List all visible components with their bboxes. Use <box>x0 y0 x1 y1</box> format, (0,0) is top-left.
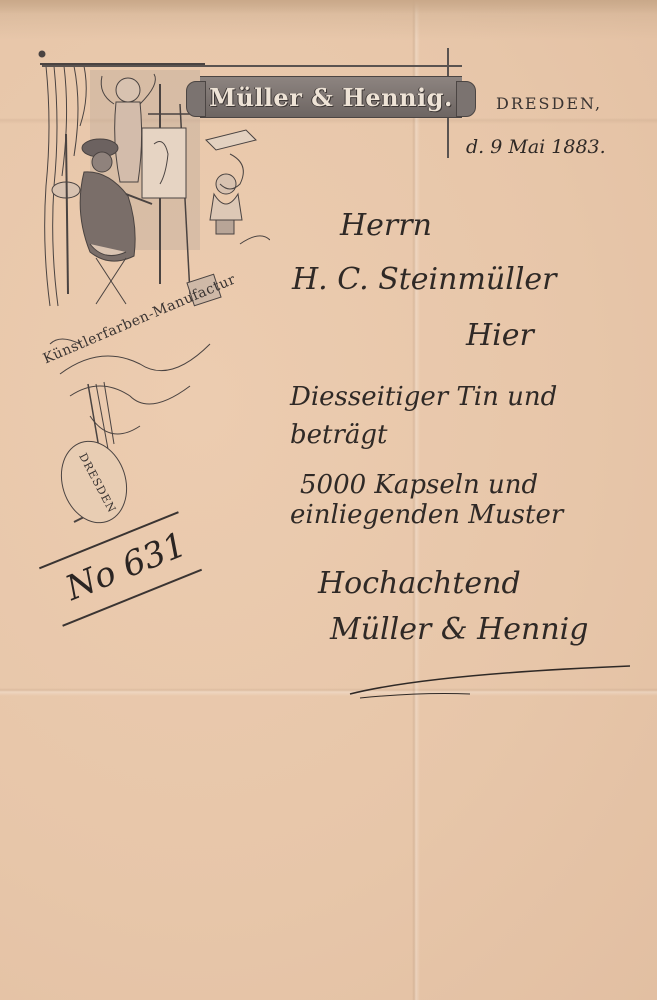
company-name: Müller & Hennig. <box>209 83 453 112</box>
recipient-name: H. C. Steinmüller <box>292 262 557 297</box>
closing: Hochachtend <box>318 566 521 601</box>
letter-date: d. 9 Mai 1883. <box>466 136 606 158</box>
body-line-4: einliegenden Muster <box>290 500 563 530</box>
letterhead-frame-top <box>42 65 462 67</box>
paper-edge-shadow <box>0 0 657 14</box>
body-line-3: 5000 Kapseln und <box>300 470 538 500</box>
recipient-place: Hier <box>466 318 534 353</box>
letterhead-city: DRESDEN, <box>496 94 602 113</box>
body-line-1: Diesseitiger Tin und <box>290 382 557 412</box>
body-line-2: beträgt <box>290 420 388 450</box>
company-name-banner: Müller & Hennig. <box>200 76 462 118</box>
salutation: Herrn <box>340 208 432 243</box>
signature-flourish-icon <box>340 664 640 704</box>
signature: Müller & Hennig <box>330 612 588 647</box>
